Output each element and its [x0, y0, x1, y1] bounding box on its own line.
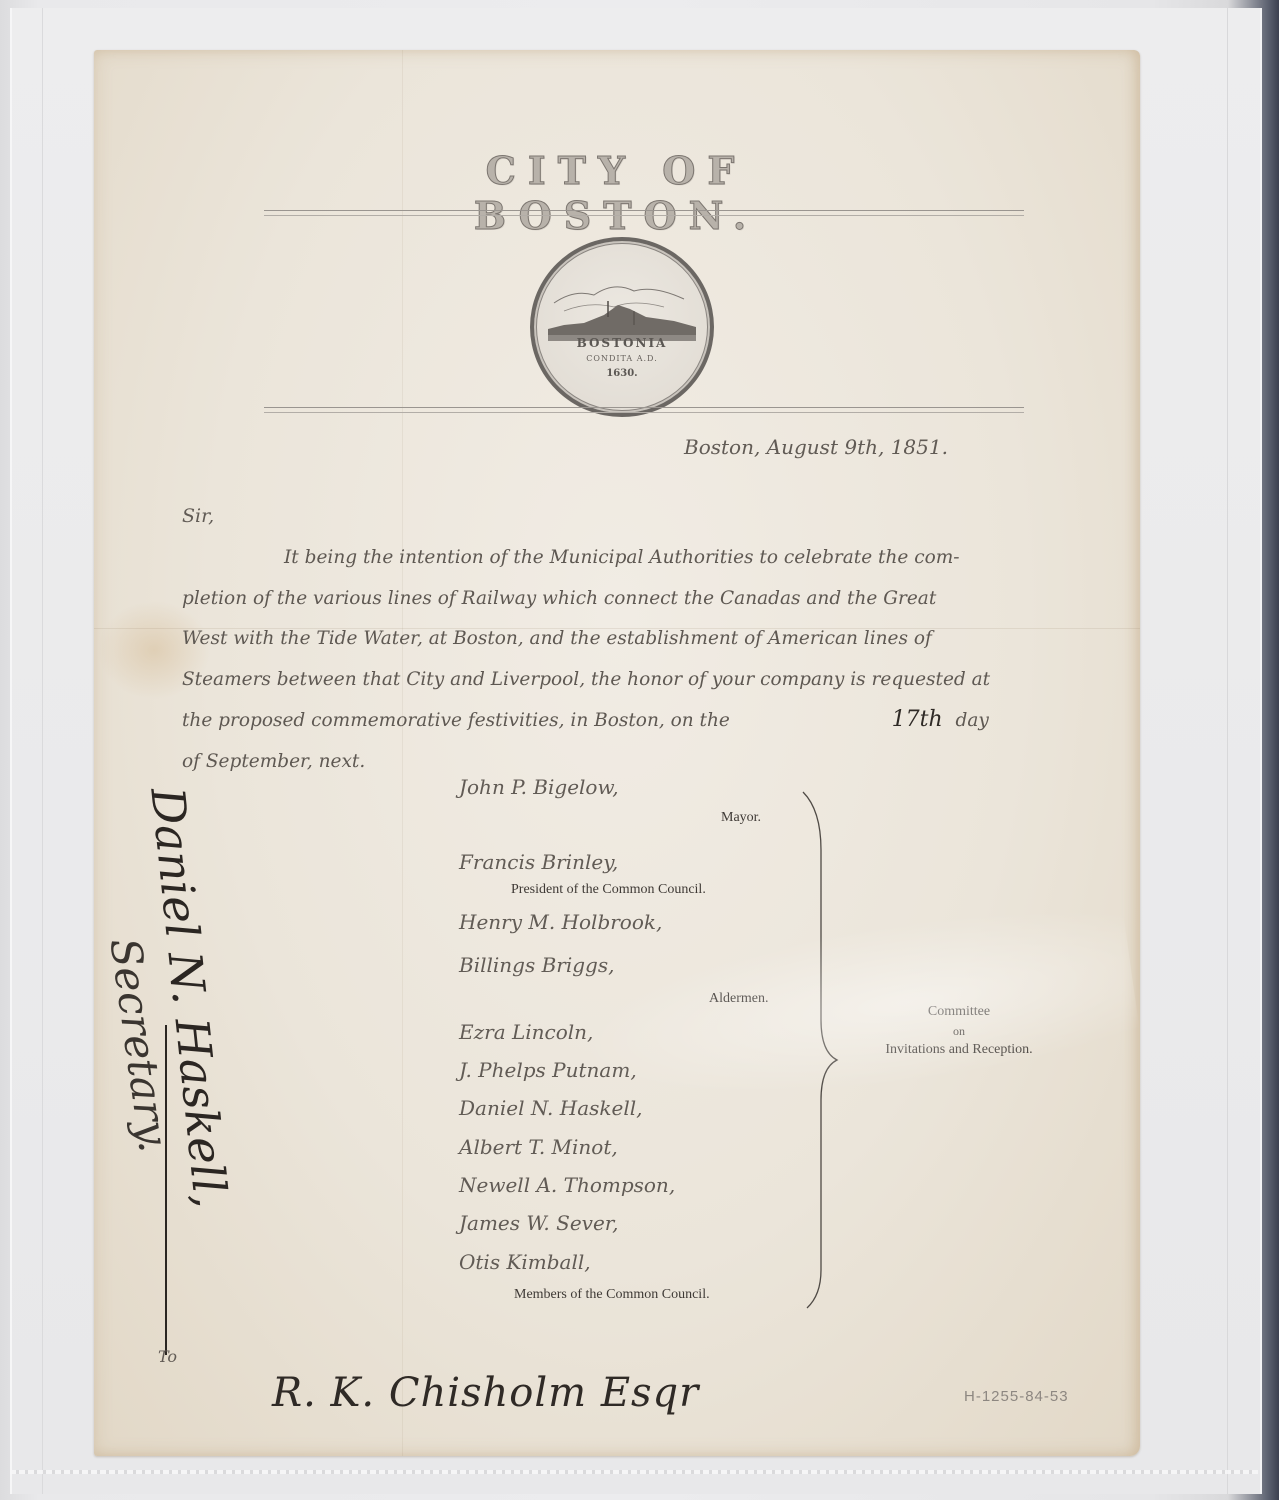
recipient-name: R. K. Chisholm Esqr: [272, 1370, 699, 1416]
seal-condita: CONDITA A.D.: [534, 354, 710, 363]
member-name: John P. Bigelow,: [459, 775, 619, 799]
member-name: J. Phelps Putnam,: [459, 1058, 637, 1082]
office-president: President of the Common Council.: [511, 882, 706, 898]
committee-label-line-1: Committee: [839, 1000, 1079, 1024]
member-name: Henry M. Holbrook,: [459, 910, 662, 934]
sleeve-seam: [10, 1470, 1258, 1474]
handwritten-day: 17th: [892, 700, 950, 741]
member-name: Billings Briggs,: [459, 953, 614, 977]
invitation-letter: CITY OF BOSTON. BOSTONIA CONDITA A.D. 16…: [94, 50, 1140, 1456]
to-label: To: [158, 1347, 177, 1366]
office-aldermen: Aldermen.: [709, 991, 768, 1007]
member-name: Ezra Lincoln,: [459, 1020, 593, 1044]
member-name: Newell A. Thompson,: [459, 1173, 675, 1197]
committee-label: Committee on Invitations and Reception.: [839, 1000, 1079, 1062]
member-name: Francis Brinley,: [459, 850, 618, 874]
member-name: Otis Kimball,: [459, 1250, 591, 1274]
body-line-5-end: day: [956, 710, 989, 731]
body-line-5: the proposed commemorative festivities, …: [182, 710, 730, 731]
committee-label-line-2: on: [839, 1024, 1079, 1038]
office-council-members: Members of the Common Council.: [514, 1287, 710, 1303]
body-line-2: pletion of the various lines of Railway …: [182, 588, 936, 609]
seal-year: 1630.: [534, 368, 710, 379]
body-line-6: of September, next.: [182, 751, 365, 772]
member-name: Daniel N. Haskell,: [459, 1096, 643, 1120]
sleeve-edge-left: [42, 8, 43, 1494]
member-name: James W. Sever,: [459, 1211, 619, 1235]
seal-name: BOSTONIA: [534, 336, 710, 350]
letterhead-rule-top: [264, 210, 1024, 216]
letterhead-title: CITY OF BOSTON.: [356, 148, 876, 238]
curly-brace-icon: [799, 790, 839, 1310]
member-name: Albert T. Minot,: [459, 1135, 618, 1159]
city-skyline-icon: [534, 241, 710, 413]
body-line-1: It being the intention of the Municipal …: [284, 547, 960, 568]
body-line-3: West with the Tide Water, at Boston, and…: [182, 628, 932, 649]
office-mayor: Mayor.: [721, 810, 761, 826]
letterhead-rule-bottom: [264, 407, 1024, 413]
catalog-number: H-1255-84-53: [964, 1388, 1069, 1405]
body-line-4: Steamers between that City and Liverpool…: [182, 669, 990, 690]
committee-label-line-3: Invitations and Reception.: [839, 1038, 1079, 1062]
dateline: Boston, August 9th, 1851.: [684, 435, 948, 459]
salutation: Sir,: [182, 505, 214, 527]
city-seal: BOSTONIA CONDITA A.D. 1630.: [530, 237, 714, 417]
sleeve-edge-right: [1227, 8, 1228, 1494]
invitation-body: It being the intention of the Municipal …: [182, 538, 1062, 782]
